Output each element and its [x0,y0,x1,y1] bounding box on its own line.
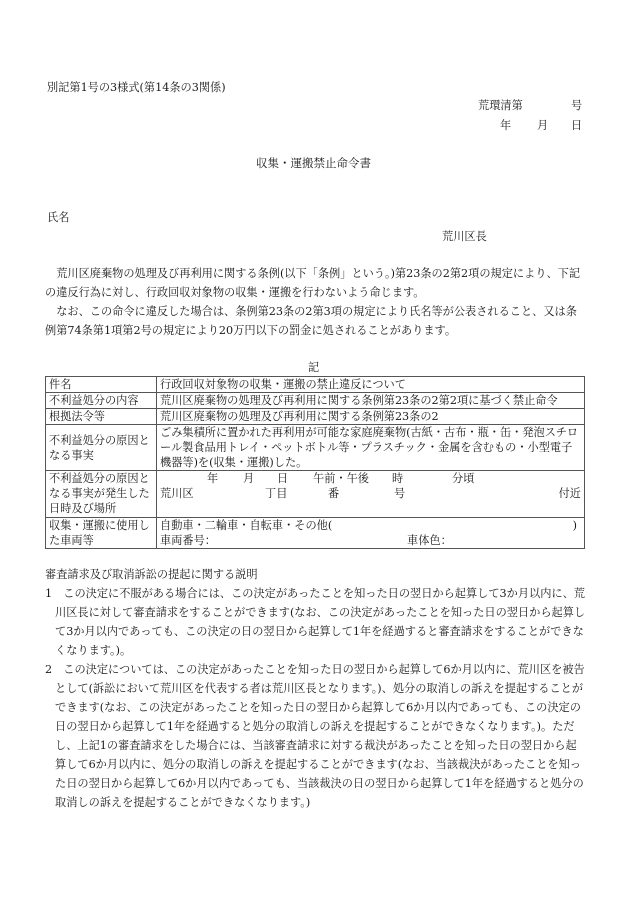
appeal-item-2: 2 この決定については、この決定があったことを知った日の翌日から起算して6か月以… [45,660,587,812]
order-paragraph-2: なお、この命令に違反した場合は、条例第23条の2第3項の規定により氏名等が公表さ… [45,302,585,340]
row-value: 荒川区廃棄物の処理及び再利用に関する条例第23条の2第2項に基づく禁止命令 [157,393,585,409]
document-title: 収集・運搬禁止命令書 [256,156,371,171]
document-number-suffix: 号 [571,98,582,113]
row-value: 行政回収対象物の収集・運搬の禁止違反について [157,377,585,393]
appeal-explanation: 審査請求及び取消訴訟の提起に関する説明 1 この決定に不服がある場合には、この決… [45,565,587,812]
incident-ampm-field: 午前・午後 [313,471,369,486]
table-row: 不利益処分の原因となる事実 ごみ集積所に置かれた再利用が可能な家庭廃棄物(古紙・… [46,425,585,471]
row-label: 件名 [46,377,157,393]
row-label: 不利益処分の原因となる事実が発生した日時及び場所 [46,471,157,518]
incident-hour-field: 時 [392,471,403,486]
vehicle-other-close: ) [573,518,577,533]
document-number-prefix: 荒環清第 [478,98,523,113]
table-row: 件名 行政回収対象物の収集・運搬の禁止違反について [46,377,585,393]
vehicle-color-label: 車体色： [407,533,452,548]
incident-near: 付近 [559,486,581,501]
incident-go-field: 号 [394,486,405,501]
date-year: 年 [500,118,511,133]
row-label: 根拠法令等 [46,409,157,425]
row-value: 荒川区廃棄物の処理及び再利用に関する条例第23条の2 [157,409,585,425]
form-reference: 別記第1号の3様式(第14条の3関係) [47,80,226,95]
vehicle-type-options: 自動車・二輪車・自転車・その他( [160,518,332,533]
issuer: 荒川区長 [442,229,487,244]
order-body: 荒川区廃棄物の処理及び再利用に関する条例(以下「条例」という。)第23条の2第2… [45,264,585,340]
ki-heading: 記 [308,360,319,375]
datetime-place-value: 年 月 日 午前・午後 時 分頃 荒川区 丁目 番 号 付近 [157,471,585,518]
appeal-item-1: 1 この決定に不服がある場合には、この決定があったことを知った日の翌日から起算し… [45,584,587,660]
date-month: 月 [537,118,548,133]
vehicle-value: 自動車・二輪車・自転車・その他( ) 車両番号： 車体色： [157,518,585,549]
table-row-datetime-place: 不利益処分の原因となる事実が発生した日時及び場所 年 月 日 午前・午後 時 分… [46,471,585,518]
incident-month-field: 月 [243,471,254,486]
row-value: ごみ集積所に置かれた再利用が可能な家庭廃棄物(古紙・古布・瓶・缶・発泡スチロール… [157,425,585,471]
row-label: 不利益処分の内容 [46,393,157,409]
table-row: 不利益処分の内容 荒川区廃棄物の処理及び再利用に関する条例第23条の2第2項に基… [46,393,585,409]
incident-year-field: 年 [207,471,218,486]
row-label: 不利益処分の原因となる事実 [46,425,157,471]
row-label: 収集・運搬に使用した車両等 [46,518,157,549]
vehicle-plate-label: 車両番号： [160,533,216,548]
details-table: 件名 行政回収対象物の収集・運搬の禁止違反について 不利益処分の内容 荒川区廃棄… [45,376,585,549]
incident-chome-field: 丁目 [265,486,287,501]
date-day: 日 [571,118,582,133]
incident-minute-field: 分頃 [452,471,474,486]
table-row: 根拠法令等 荒川区廃棄物の処理及び再利用に関する条例第23条の2 [46,409,585,425]
incident-day-field: 日 [277,471,288,486]
incident-ward: 荒川区 [160,486,194,501]
order-paragraph-1: 荒川区廃棄物の処理及び再利用に関する条例(以下「条例」という。)第23条の2第2… [45,264,585,302]
table-row-vehicle: 収集・運搬に使用した車両等 自動車・二輪車・自転車・その他( ) 車両番号： 車… [46,518,585,549]
recipient-name-label: 氏名 [47,210,69,225]
incident-ban-field: 番 [328,486,339,501]
appeal-heading: 審査請求及び取消訴訟の提起に関する説明 [45,565,587,584]
